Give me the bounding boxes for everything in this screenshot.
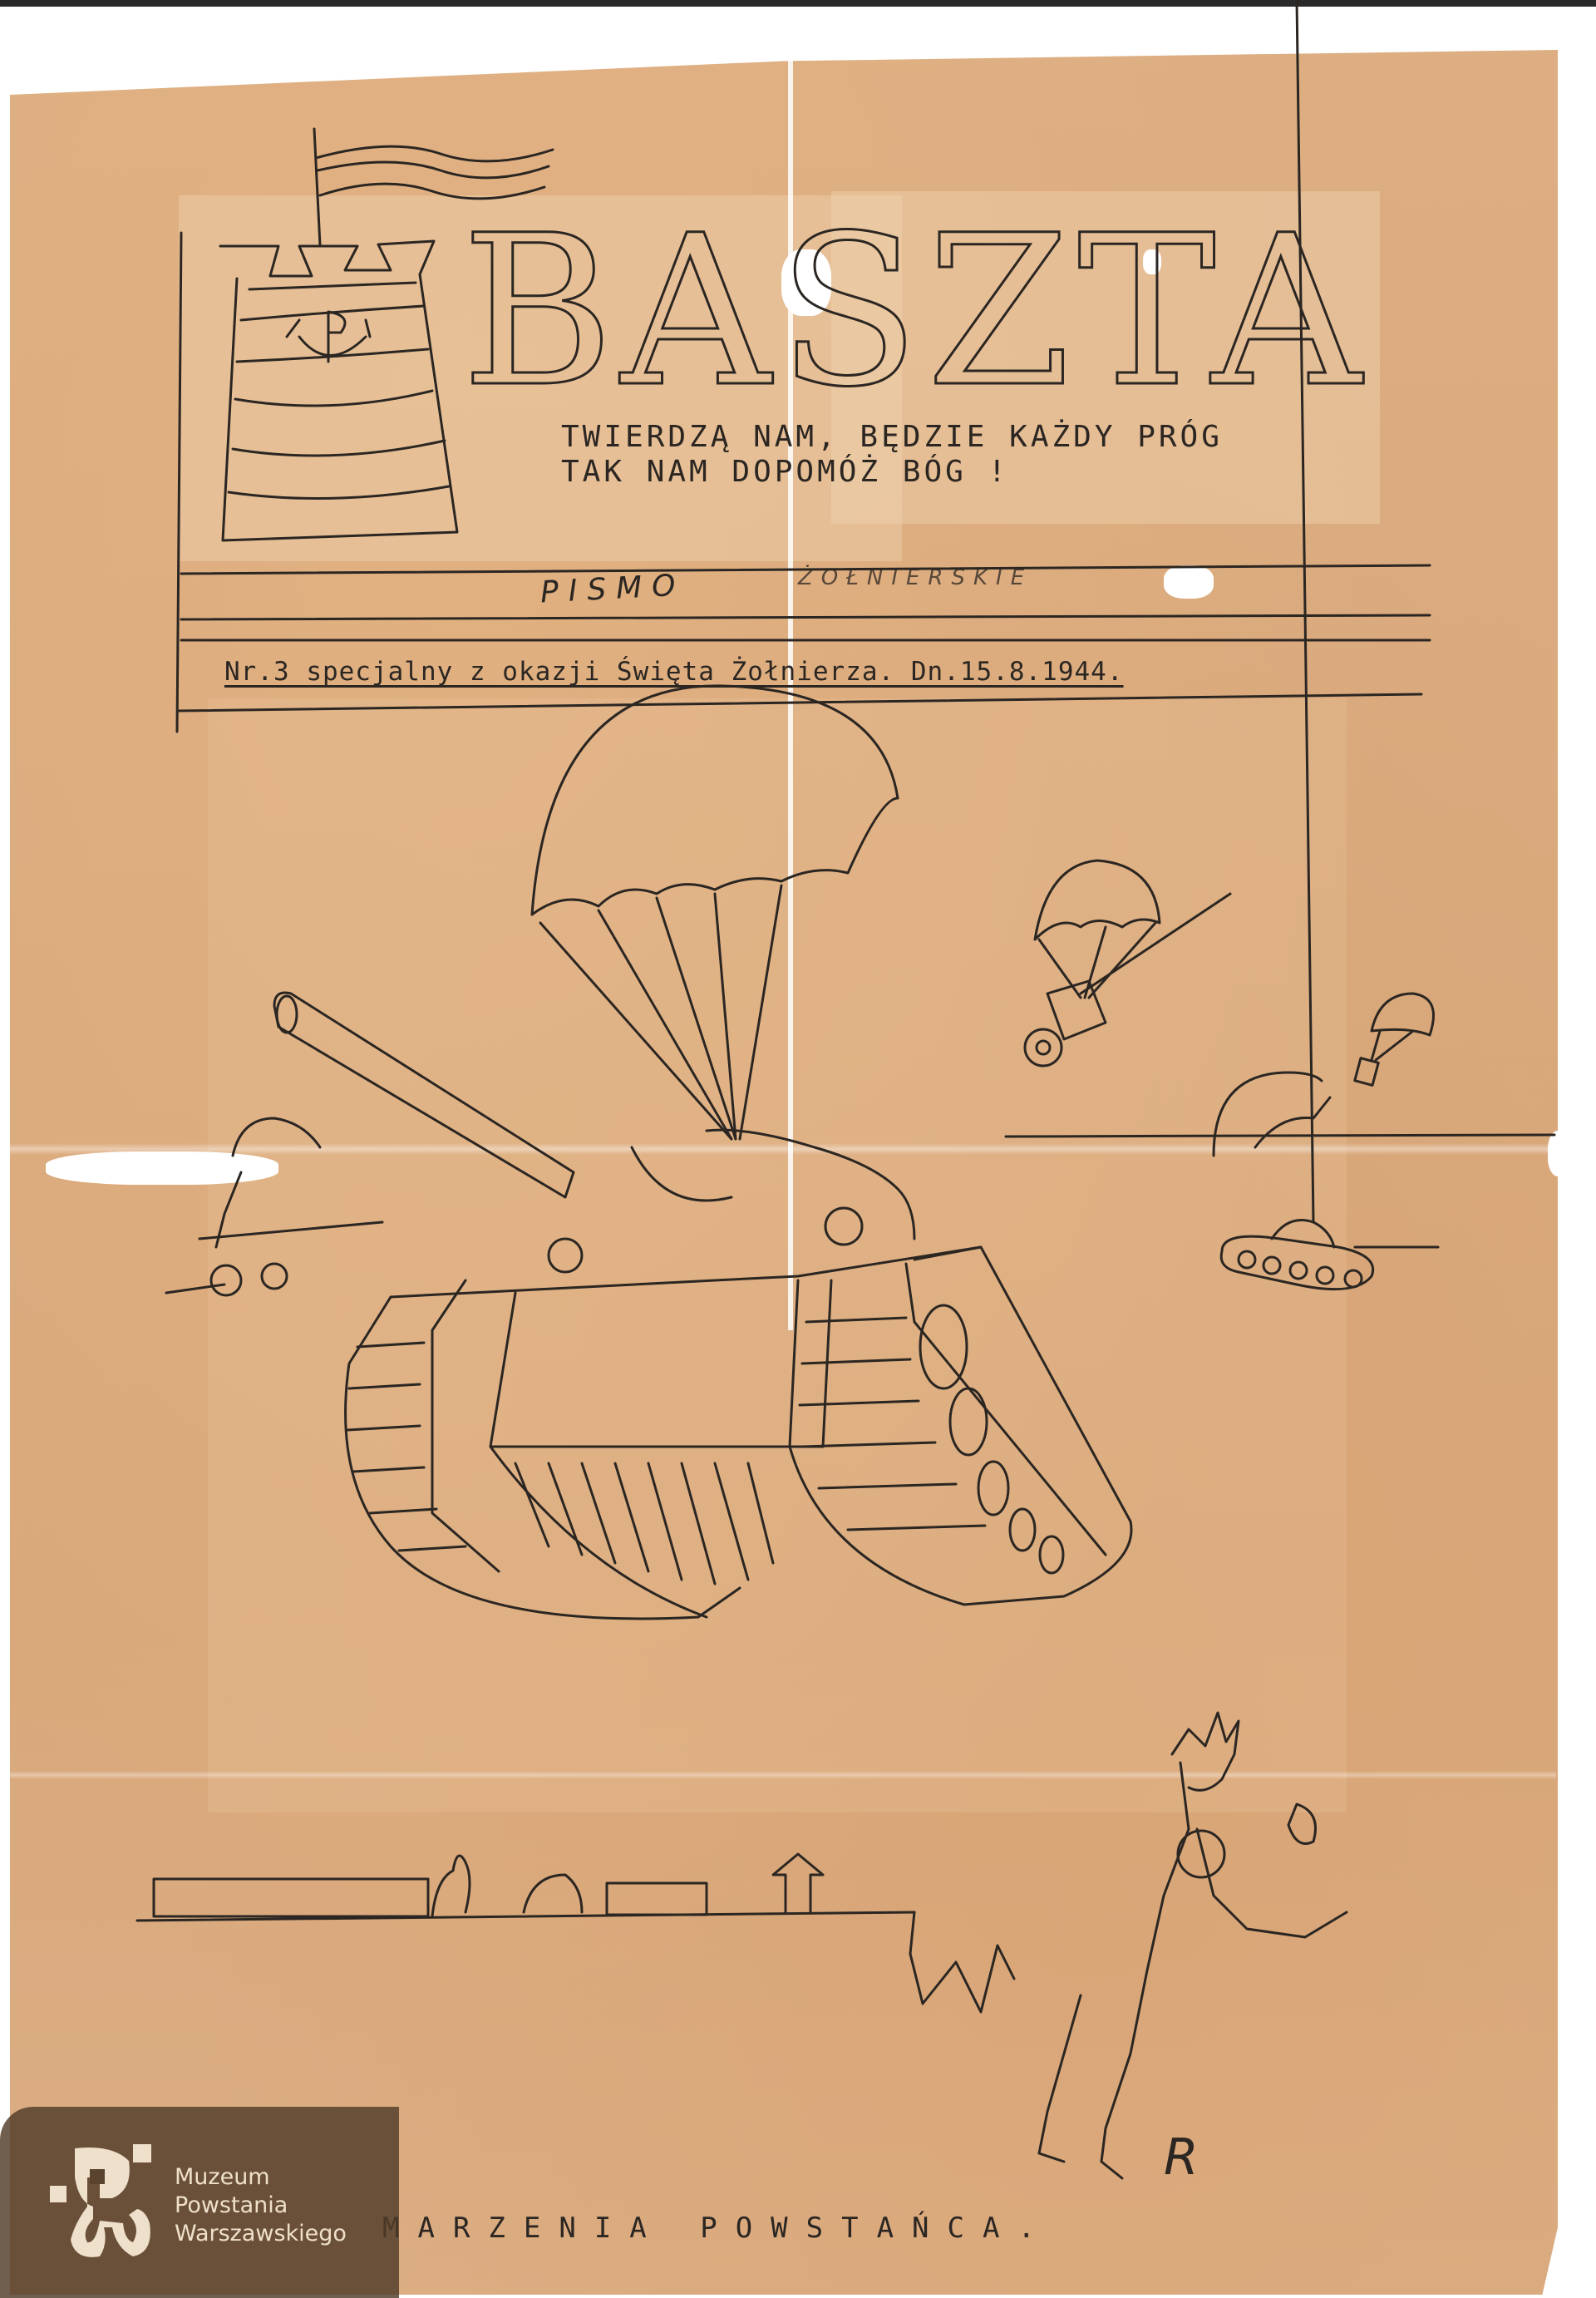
newspaper-title: BASZTA	[461, 208, 1368, 416]
motto-line-1: TWIERDZĄ NAM, BĘDZIE KAŻDY PRÓG	[561, 420, 1223, 454]
city-skyline-icon	[137, 1854, 914, 1921]
museum-watermark: Muzeum Powstania Warszawskiego	[0, 2107, 399, 2298]
parachute-gun-icon	[1025, 861, 1230, 1066]
museum-name-line-2: Powstania	[175, 2192, 347, 2220]
parachute-large-icon	[532, 686, 898, 1139]
issue-dateline: Nr.3 specjalny z okazji Święta Żołnierza…	[224, 657, 1124, 687]
newspaper-motto: TWIERDZĄ NAM, BĘDZIE KAŻDY PRÓG TAK NAM …	[561, 420, 1223, 490]
museum-name-line-3: Warszawskiego	[175, 2220, 347, 2248]
artist-signature: R	[1164, 2128, 1199, 2187]
motto-line-2: TAK NAM DOPOMÓŻ BÓG !	[561, 455, 1009, 489]
museum-name: Muzeum Powstania Warszawskiego	[175, 2163, 347, 2248]
illustration-caption: MARZENIA POWSTAŃCA.	[382, 2212, 1053, 2245]
big-tank-icon	[274, 993, 1131, 1619]
running-insurgent-icon	[910, 1713, 1347, 2178]
small-gunner-left-icon	[166, 1118, 382, 1295]
museum-name-line-1: Muzeum	[175, 2163, 347, 2192]
kotwica-anchor-icon	[50, 2144, 158, 2261]
parachute-small-icon	[1355, 994, 1434, 1085]
subtitle-zolnierskie: ŻOŁNIERSKIE	[798, 565, 1032, 590]
